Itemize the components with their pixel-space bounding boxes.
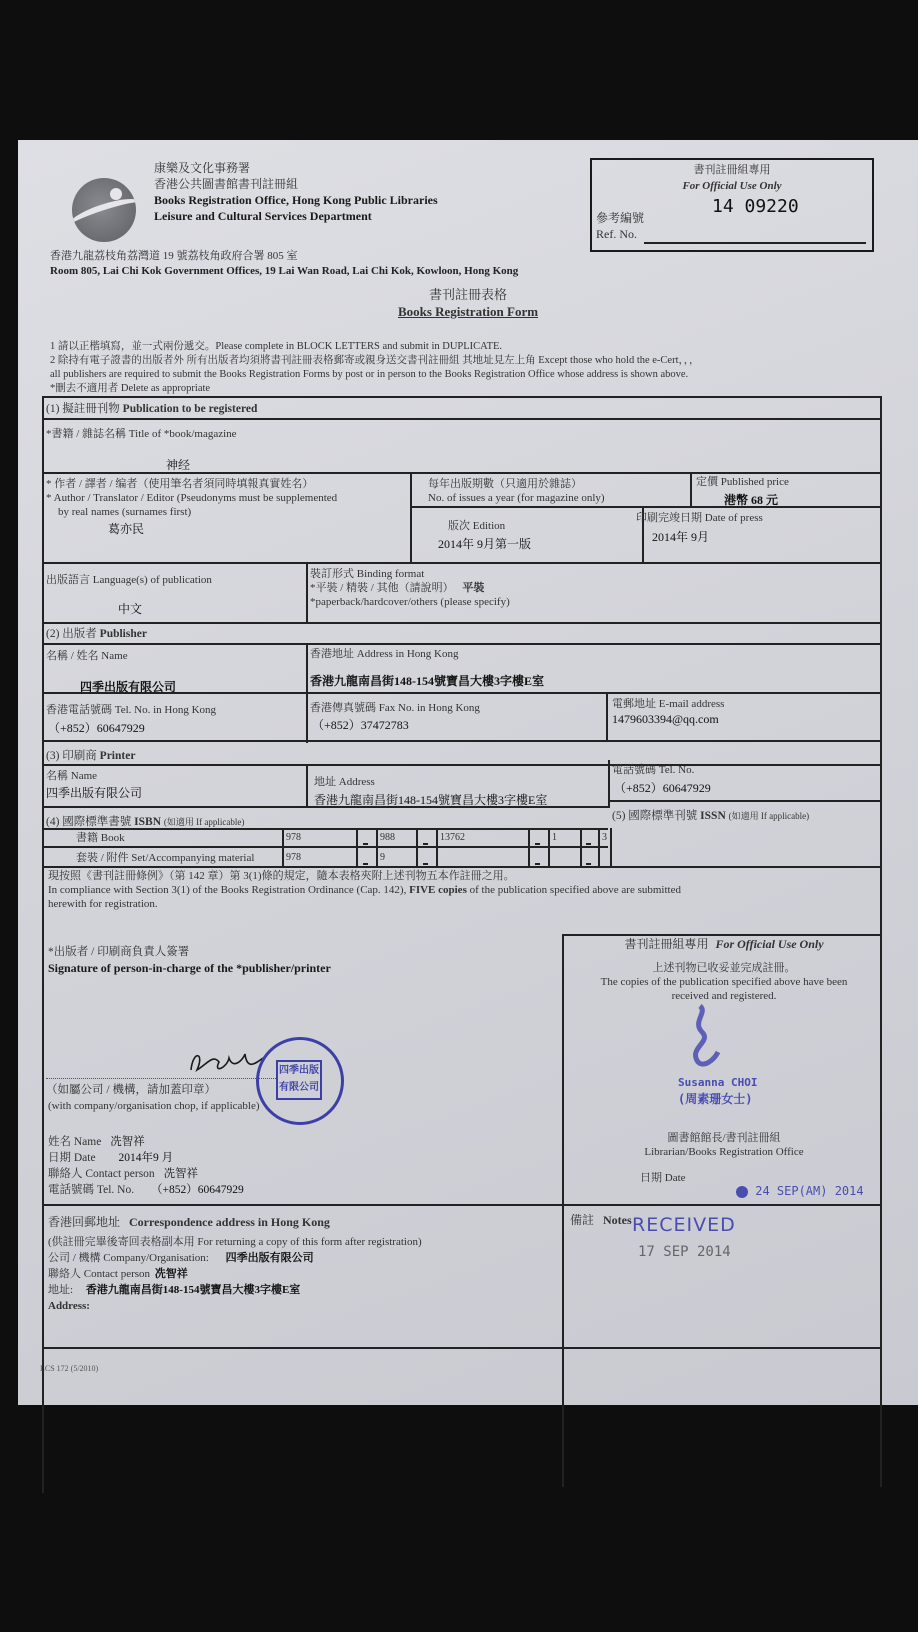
signature-label-zh: *出版者 / 印刷商負責人簽署 xyxy=(48,946,189,959)
official-date-stamp-text: 24 SEP(AM) 2014 xyxy=(755,1184,863,1198)
chop-note-zh: （如屬公司 / 機構，請加蓋印章） xyxy=(46,1084,216,1097)
title-field-value[interactable]: 神经 xyxy=(166,456,190,473)
section1-heading-en: Publication to be registered xyxy=(123,403,258,415)
dept-name-en: Leisure and Cultural Services Department xyxy=(154,210,372,223)
correspondence-company-label: 公司 / 機構 Company/Organisation: xyxy=(48,1252,209,1264)
binding-options-zh: *平裝 / 精裝 / 其他（請說明） 平裝 xyxy=(310,582,484,595)
compliance-en-bold: FIVE copies xyxy=(409,884,467,896)
rule xyxy=(42,562,882,564)
compliance-en-2: herewith for registration. xyxy=(48,898,158,911)
publisher-email-value[interactable]: 1479603394@qq.com xyxy=(612,712,719,727)
correspondence-heading-en: Correspondence address in Hong Kong xyxy=(129,1215,330,1229)
language-label: 出版語言 Language(s) of publication xyxy=(46,574,212,587)
notes-label-en: Notes xyxy=(603,1213,632,1227)
librarian-title-zh: 圖書館館長/書刊註冊組 xyxy=(566,1132,882,1145)
isbn-grid-line xyxy=(416,828,418,866)
signer-tel-value[interactable]: （+852）60647929 xyxy=(151,1184,244,1196)
publisher-email-label: 電郵地址 E-mail address xyxy=(612,698,724,711)
printer-tel-value[interactable]: （+852）60647929 xyxy=(614,779,711,796)
printer-tel-label: 電話號碼 Tel. No. xyxy=(612,764,694,777)
signer-name-row: 姓名 Name 冼智祥 xyxy=(48,1136,145,1149)
isbn-grid-line xyxy=(580,828,582,866)
instruction-2: 2 除持有電子證書的出版者外 所有出版者均須將書刊註冊表格郵寄或親身送交書刊註冊… xyxy=(50,354,700,367)
notes-label: 備註 Notes xyxy=(570,1214,632,1227)
section4-heading-en: ISBN xyxy=(134,816,161,828)
official-date-label: 日期 Date xyxy=(640,1172,686,1185)
rule xyxy=(690,472,692,506)
isbn-segment[interactable]: 9 xyxy=(380,852,385,863)
correspondence-address-label-zh: 地址: xyxy=(48,1284,73,1296)
received-note-zh: 上述刊物已收妥並完成註冊。 xyxy=(566,962,882,975)
ref-underline xyxy=(644,242,866,244)
signature-line xyxy=(46,1078,276,1079)
edition-label: 版次 Edition xyxy=(448,520,505,533)
issues-label-en: No. of issues a year (for magazine only) xyxy=(428,492,605,505)
ref-label-zh: 參考編號 xyxy=(596,212,644,225)
isbn-dash xyxy=(586,863,591,865)
form-border-left xyxy=(42,396,44,1493)
correspondence-contact-value[interactable]: 冼智祥 xyxy=(155,1268,188,1280)
press-date-value[interactable]: 2014年 9月 xyxy=(652,528,709,545)
isbn-grid-line xyxy=(436,828,438,866)
rule xyxy=(306,764,308,806)
section3-heading-zh: (3) 印刷商 xyxy=(46,750,97,762)
office-address-en: Room 805, Lai Chi Kok Government Offices… xyxy=(50,265,518,278)
correspondence-company-row: 公司 / 機構 Company/Organisation: 四季出版有限公司 xyxy=(48,1252,314,1265)
issues-label-zh: 每年出版期數（只適用於雜誌） xyxy=(428,478,582,491)
correspondence-heading: 香港回郵地址 Correspondence address in Hong Ko… xyxy=(48,1216,330,1229)
signer-tel-label: 電話號碼 Tel. No. xyxy=(48,1184,134,1196)
isbn-grid-line xyxy=(376,828,378,866)
isbn-grid-line xyxy=(598,828,600,866)
section4-heading-zh: (4) 國際標準書號 xyxy=(46,816,131,828)
author-label-zh: * 作者 / 譯者 / 编者（使用筆名者須同時填報真實姓名） xyxy=(46,478,313,491)
publisher-fax-value[interactable]: （+852）37472783 xyxy=(312,716,409,733)
price-label: 定價 Published price xyxy=(696,476,789,489)
rule xyxy=(606,692,608,740)
isbn-set-label: 套裝 / 附件 Set/Accompanying material xyxy=(76,852,254,865)
signer-name-label: 姓名 Name xyxy=(48,1136,101,1148)
binding-value[interactable]: 平裝 xyxy=(462,582,484,594)
rule xyxy=(42,846,608,848)
publisher-tel-value[interactable]: （+852）60647929 xyxy=(48,719,145,736)
isbn-dash xyxy=(363,843,368,845)
isbn-grid-line xyxy=(528,828,530,866)
printer-address-label: 地址 Address xyxy=(314,776,375,789)
author-label-en-2: by real names (surnames first) xyxy=(58,506,191,519)
signer-date-row: 日期 Date 2014年9 月 xyxy=(48,1152,173,1165)
isbn-grid-line xyxy=(282,828,284,866)
press-date-label: 印刷完竣日期 Date of press xyxy=(636,512,763,525)
rule xyxy=(42,828,608,830)
signer-tel-row: 電話號碼 Tel. No. （+852）60647929 xyxy=(48,1184,244,1197)
section3-heading-en: Printer xyxy=(100,750,136,762)
section4-note: (如適用 If applicable) xyxy=(164,817,244,827)
isbn-grid-line xyxy=(610,828,612,866)
section1-heading-zh: (1) 擬註冊刊物 xyxy=(46,403,120,415)
publisher-tel-label: 香港電話號碼 Tel. No. in Hong Kong xyxy=(46,704,216,717)
received-stamp: RECEIVED xyxy=(632,1214,736,1236)
correspondence-company-value[interactable]: 四季出版有限公司 xyxy=(226,1252,314,1264)
instruction-4: *刪去不適用者 Delete as appropriate xyxy=(50,382,210,395)
section2-heading-en: Publisher xyxy=(100,628,147,640)
official-box-title-en: For Official Use Only xyxy=(592,180,872,193)
official-use-title-en: For Official Use Only xyxy=(715,937,823,951)
official-box-title-zh: 書刊註冊組專用 xyxy=(592,164,872,177)
publisher-fax-label: 香港傳真號碼 Fax No. in Hong Kong xyxy=(310,702,480,715)
correspondence-address-row: 地址: 香港九龍南昌街148-154號寶昌大樓3字樓E室 xyxy=(48,1284,300,1297)
official-use-title: 書刊註冊組專用 For Official Use Only xyxy=(566,938,882,951)
publisher-address-value[interactable]: 香港九龍南昌街148-154號寶昌大樓3字樓E室 xyxy=(310,672,544,689)
instruction-3: all publishers are required to submit th… xyxy=(50,368,688,381)
official-ref-box: 書刊註冊組專用 For Official Use Only 參考編號 Ref. … xyxy=(590,158,874,252)
isbn-grid-line xyxy=(548,828,550,866)
signer-contact-label: 聯絡人 Contact person xyxy=(48,1168,155,1180)
isbn-segment[interactable]: 978 xyxy=(286,852,301,863)
isbn-segment[interactable]: 1 xyxy=(552,832,557,843)
section3-heading: (3) 印刷商 Printer xyxy=(46,750,135,763)
signer-date-label: 日期 Date xyxy=(48,1152,96,1164)
office-address-zh: 香港九龍荔枝角荔灣道 19 號荔枝角政府合署 805 室 xyxy=(50,250,298,263)
section1-heading: (1) 擬註冊刊物 Publication to be registered xyxy=(46,403,257,416)
rule xyxy=(42,764,882,766)
rule xyxy=(42,643,882,645)
notes-label-zh: 備註 xyxy=(570,1213,594,1227)
rule xyxy=(880,934,882,1487)
instruction-1: 1 請以正楷填寫，並一式兩份遞交。Please complete in BLOC… xyxy=(50,340,502,353)
office-name-en: Books Registration Office, Hong Kong Pub… xyxy=(154,194,438,207)
signer-contact-value[interactable]: 冼智祥 xyxy=(164,1168,199,1180)
correspondence-note: (供註冊完畢後寄回表格副本用 For returning a copy of t… xyxy=(48,1236,422,1249)
rule xyxy=(410,506,882,508)
printer-name-label: 名稱 Name xyxy=(46,770,97,783)
binding-options-en: *paperback/hardcover/others (please spec… xyxy=(310,596,510,609)
section2-heading: (2) 出版者 Publisher xyxy=(46,628,147,641)
publisher-name-label: 名稱 / 姓名 Name xyxy=(46,650,128,663)
form-code: LCS 172 (5/2010) xyxy=(40,1362,98,1375)
rule xyxy=(562,934,564,1487)
isbn-grid-line xyxy=(356,828,358,866)
isbn-dash xyxy=(535,843,540,845)
section2-heading-zh: (2) 出版者 xyxy=(46,628,97,640)
isbn-segment[interactable]: 988 xyxy=(380,832,395,843)
correspondence-contact-label: 聯絡人 Contact person xyxy=(48,1268,150,1280)
official-use-title-zh: 書刊註冊組專用 xyxy=(624,937,708,951)
compliance-en-1: In compliance with Section 3(1) of the B… xyxy=(48,884,681,897)
registration-form-paper: 康樂及文化事務署 香港公共圖書館書刊註冊組 Books Registration… xyxy=(18,140,918,1405)
received-note-en-1: The copies of the publication specified … xyxy=(566,976,882,989)
form-title-zh: 書刊註冊表格 xyxy=(18,288,918,301)
rule xyxy=(42,866,882,868)
company-chop-inner: 四季出版有限公司 xyxy=(276,1060,322,1100)
form-title-en: Books Registration Form xyxy=(18,305,918,318)
isbn-dash xyxy=(423,863,428,865)
rule xyxy=(42,740,882,742)
isbn-dash xyxy=(586,843,591,845)
librarian-title-en: Librarian/Books Registration Office xyxy=(566,1146,882,1159)
binding-label: 裝訂形式 Binding format xyxy=(310,568,424,581)
lcsd-logo xyxy=(72,178,136,242)
signer-name-value[interactable]: 冼智祥 xyxy=(110,1136,145,1148)
rule xyxy=(42,806,608,808)
correspondence-address-label-en: Address: xyxy=(48,1300,90,1313)
chop-note-en: (with company/organisation chop, if appl… xyxy=(48,1100,260,1113)
rule xyxy=(42,1204,882,1206)
librarian-stamp-name-en: Susanna CHOI xyxy=(678,1076,757,1089)
author-value[interactable]: 葛亦民 xyxy=(108,520,144,537)
correspondence-heading-zh: 香港回郵地址 xyxy=(48,1215,120,1229)
binding-options-zh-text: *平裝 / 精裝 / 其他（請說明） xyxy=(310,582,454,594)
edition-value[interactable]: 2014年 9月第一版 xyxy=(438,535,531,552)
section5-heading: (5) 國際標準刊號 ISSN (如適用 If applicable) xyxy=(612,810,809,823)
rule xyxy=(410,472,412,562)
isbn-dash xyxy=(363,863,368,865)
title-field-label: *書籍 / 雜誌名稱 Title of *book/magazine xyxy=(46,428,237,441)
signer-date-value[interactable]: 2014年9 月 xyxy=(118,1152,173,1164)
section5-note: (如適用 If applicable) xyxy=(729,811,809,821)
compliance-en-1a: In compliance with Section 3(1) of the B… xyxy=(48,884,409,896)
rule xyxy=(306,562,308,622)
publisher-address-label: 香港地址 Address in Hong Kong xyxy=(310,648,459,661)
rule xyxy=(608,800,882,802)
compliance-en-1b: of the publication specified above are s… xyxy=(467,884,681,896)
librarian-stamp-name-zh: (周素珊女士) xyxy=(678,1090,752,1107)
isbn-segment[interactable]: 13762 xyxy=(440,832,465,843)
signature-label-en: Signature of person-in-charge of the *pu… xyxy=(48,962,331,975)
office-name-zh: 香港公共圖書館書刊註冊組 xyxy=(154,178,298,191)
compliance-zh: 現按照《書刊註冊條例》（第 142 章）第 3(1)條的規定，隨本表格夾附上述刊… xyxy=(48,870,515,883)
rule xyxy=(42,692,882,694)
isbn-book-label: 書籍 Book xyxy=(76,832,125,845)
rule xyxy=(562,934,882,936)
rule xyxy=(42,472,882,474)
date-stamp-dot xyxy=(736,1186,748,1198)
isbn-segment[interactable]: 3 xyxy=(602,832,607,843)
printer-name-value[interactable]: 四季出版有限公司 xyxy=(46,784,142,801)
section5-heading-en: ISSN xyxy=(700,810,726,822)
section5-heading-zh: (5) 國際標準刊號 xyxy=(612,810,697,822)
rule xyxy=(42,1347,882,1349)
isbn-dash xyxy=(535,863,540,865)
isbn-segment[interactable]: 978 xyxy=(286,832,301,843)
rule xyxy=(42,622,882,624)
isbn-dash xyxy=(423,843,428,845)
librarian-signature-stamp xyxy=(678,1002,728,1072)
language-value[interactable]: 中文 xyxy=(118,600,142,617)
official-date-stamp: 24 SEP(AM) 2014 xyxy=(736,1184,864,1198)
dept-name-zh: 康樂及文化事務署 xyxy=(154,162,250,175)
correspondence-contact-row: 聯絡人 Contact person 冼智祥 xyxy=(48,1268,188,1281)
rule xyxy=(42,418,882,420)
received-stamp-date: 17 SEP 2014 xyxy=(638,1244,731,1260)
signer-contact-row: 聯絡人 Contact person 冼智祥 xyxy=(48,1168,198,1181)
correspondence-address-value[interactable]: 香港九龍南昌街148-154號寶昌大樓3字樓E室 xyxy=(86,1284,301,1296)
ref-label-en: Ref. No. xyxy=(596,228,637,241)
ref-number: 14 09220 xyxy=(712,196,799,217)
rule xyxy=(42,396,882,398)
author-label-en-1: * Author / Translator / Editor (Pseudony… xyxy=(46,492,337,505)
company-chop-stamp: 四季出版有限公司 xyxy=(256,1037,344,1125)
